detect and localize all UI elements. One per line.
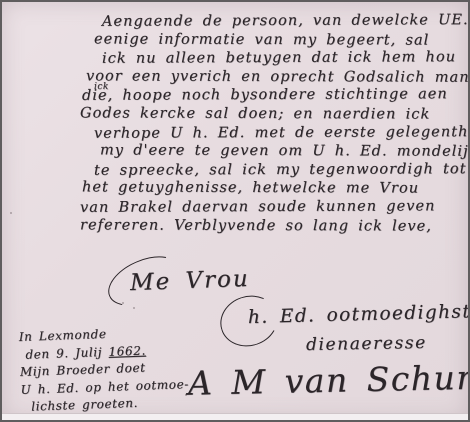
date-block: In Lexmonde den 9. Julij 1662. Mijn Broe… (19, 323, 190, 416)
date-prefix: den 9. Julij (25, 344, 109, 361)
letter-line: te spreecke, sal ick my tegenwoordigh to… (72, 160, 468, 180)
letter-line: van Brakel daervan soude kunnen geven (72, 197, 468, 217)
letter-line: my d'eere te geven om U h. Ed. mondelijc… (72, 141, 468, 161)
salutation: Me Vrou (130, 266, 251, 296)
letter-line: voor een yverich en oprecht Godsalich ma… (72, 67, 468, 87)
scan-edge-strip (2, 413, 468, 420)
letter-line: verhope U h. Ed. met de eerste gelegenth… (72, 123, 468, 143)
letter-line: ick nu alleen betuygen dat ick hem hou (72, 48, 468, 68)
letter-line: die, hoope noch bysondere stichtinge aen (72, 86, 468, 106)
letter-line: het getuyghenisse, hetwelcke me Vrou (72, 179, 468, 199)
scan-speckle (10, 212, 12, 214)
letter-line: Godes kercke sal doen; en naerdien ick (72, 104, 468, 124)
date-year: 1662. (108, 343, 146, 358)
letter-line: eenige informatie van my begeert, sal (72, 30, 468, 50)
scan-speckle (133, 307, 135, 309)
interlinear-insertion: ick (94, 82, 109, 92)
closing-line: dienaeresse (306, 333, 427, 355)
letter-body: Aengaende de persoon, van dewelcke UE. e… (72, 12, 468, 235)
letter-line: Aengaende de persoon, van dewelcke UE. (72, 11, 468, 31)
signature: A M van Schurman (188, 356, 470, 403)
letter-line: refereren. Verblyvende so lang ick leve, (72, 216, 468, 236)
letter-scan: Aengaende de persoon, van dewelcke UE. e… (0, 0, 470, 422)
